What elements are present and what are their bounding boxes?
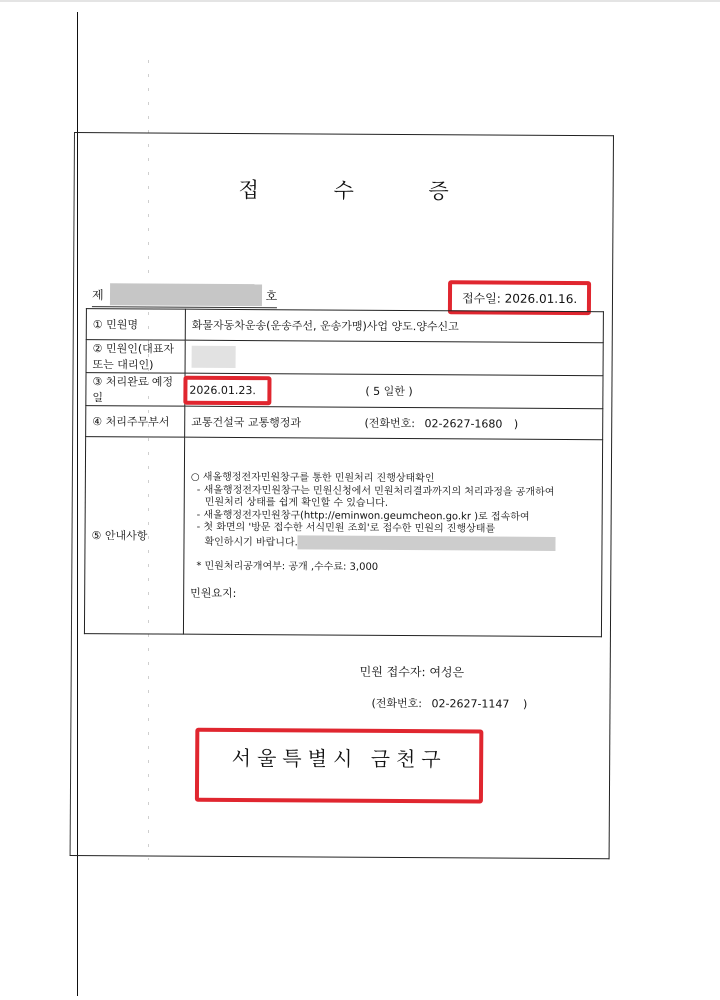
receiver: 민원 접수자: 여성은 (360, 663, 465, 681)
registration-prefix: 제 (92, 286, 104, 303)
petition-summary-label: 민원요지: (190, 587, 595, 602)
issuer-highlight: 서울특별시 금천구 (195, 728, 483, 804)
completion-date: 2026.01.23. (189, 383, 256, 396)
receipt-table: ① 민원명 화물자동차운송(운송주선, 운송가맹)사업 양도.양수신고 ② 민원… (84, 308, 604, 637)
registration-number: 제 호 (92, 283, 277, 306)
table-row: ⑤ 안내사항 ○ 새올행정전자민원창구를 통한 민원처리 진행상태확인 - 새올… (84, 437, 602, 637)
disclosure-fee: * 민원처리공개여부: 공개 ,수수료: 3,000 (190, 561, 595, 576)
receiver-label: 민원 접수자: (360, 665, 426, 679)
row-label: ④ 처리주무부서 (86, 406, 185, 438)
table-row: ② 민원인(대표자 또는 대리인) (86, 340, 603, 376)
processing-days: ( 5 일한 ) (365, 384, 412, 397)
row-label: ③ 처리완료 예정일 (86, 373, 185, 407)
document-title: 접 수 증 (75, 173, 613, 206)
receiver-phone-label: (전화번호: (371, 697, 422, 710)
redacted-applicant (192, 346, 236, 368)
redacted-notes (298, 535, 556, 551)
notes-line: 확인하시기 바랍니다. (204, 536, 297, 548)
department-phone: 02-2627-1680 (424, 417, 502, 430)
row-label: ① 민원명 (86, 309, 185, 341)
received-date-value: 2026.01.16. (505, 292, 578, 306)
completion-date-highlight: 2026.01.23. (183, 375, 272, 405)
department-phone-label: (전화번호: (364, 417, 415, 430)
receiver-phone: 02-2627-1147 (431, 697, 509, 710)
receiver-name: 여성은 (429, 665, 464, 679)
guide-notes: ○ 새올행정전자민원창구를 통한 민원처리 진행상태확인 - 새올행정전자민원창… (183, 437, 602, 637)
received-date-label: 접수일: (462, 291, 501, 305)
paren-close: ) (523, 698, 527, 711)
top-edge (0, 0, 720, 2)
receiver-phone-line: (전화번호: 02-2627-1147 ) (371, 695, 527, 712)
table-row: ③ 처리완료 예정일 2026.01.23. ( 5 일한 ) (86, 373, 603, 409)
receipt-document: 접 수 증 제 호 접수일: 2026.01.16. ① 민원명 화물자동차운송… (70, 132, 614, 859)
table-row: ④ 처리주무부서 교통건설국 교통행정과 (전화번호: 02-2627-1680… (86, 406, 603, 440)
civil-petition-name: 화물자동차운송(운송주선, 운송가맹)사업 양도.양수신고 (185, 309, 603, 343)
redacted-registration-number (110, 283, 262, 306)
paren-close: ) (514, 418, 518, 431)
issuer-name: 서울특별시 금천구 (232, 746, 447, 771)
department: 교통건설국 교통행정과 (191, 416, 301, 430)
table-row: ① 민원명 화물자동차운송(운송주선, 운송가맹)사업 양도.양수신고 (86, 309, 603, 343)
registration-suffix: 호 (266, 287, 278, 304)
row-label: ⑤ 안내사항 (84, 437, 184, 635)
row-label: ② 민원인(대표자 또는 대리인) (86, 340, 185, 374)
